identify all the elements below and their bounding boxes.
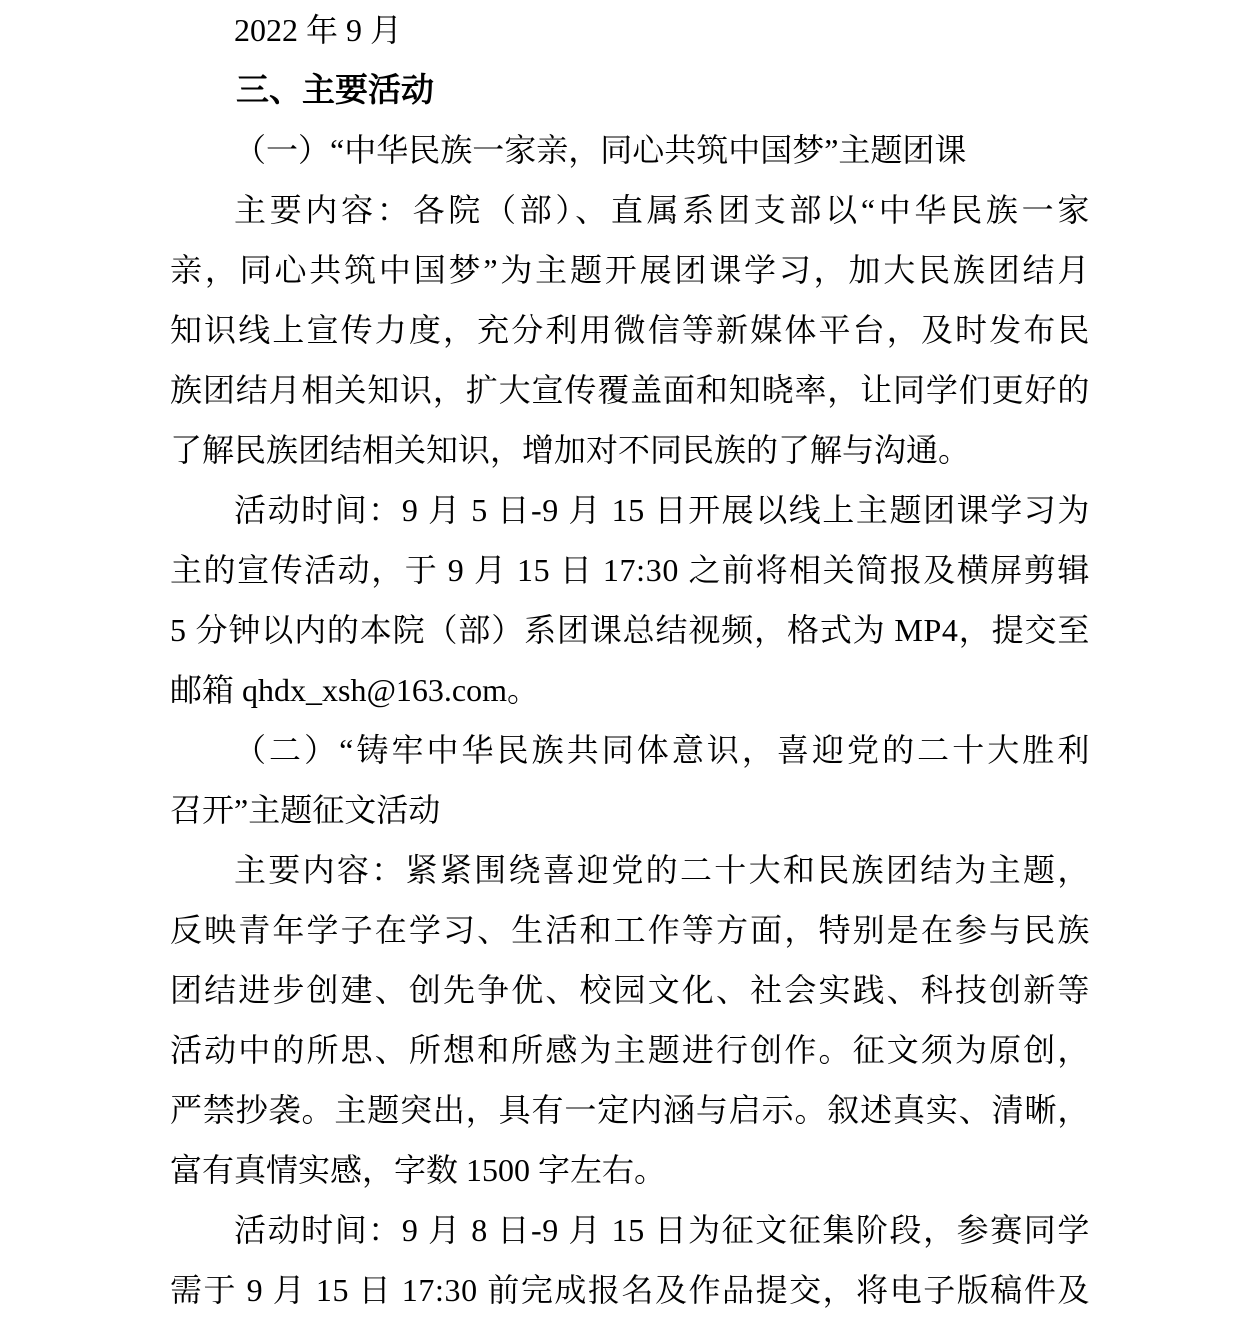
date-line: 2022 年 9 月: [170, 0, 1090, 60]
paragraph-line: 富有真情实感，字数 1500 字左右。: [170, 1140, 1090, 1200]
section-heading-line: 三、主要活动: [170, 60, 1090, 120]
activity-1-title: （一）“中华民族一家亲，同心共筑中国梦”主题团课: [170, 120, 1090, 180]
email-line: 邮箱 qhdx_xsh@163.com。: [170, 660, 1090, 720]
date-paragraph: 2022 年 9 月: [170, 0, 1090, 60]
paragraph-line: 5 分钟以内的本院（部）系团课总结视频，格式为 MP4，提交至: [170, 600, 1090, 660]
paragraph-line: 活动时间：9 月 8 日-9 月 15 日为征文征集阶段，参赛同学: [170, 1200, 1090, 1260]
paragraph-line: 反映青年学子在学习、生活和工作等方面，特别是在参与民族: [170, 900, 1090, 960]
paragraph-line: 主的宣传活动，于 9 月 15 日 17:30 之前将相关简报及横屏剪辑: [170, 540, 1090, 600]
paragraph-line: 需于 9 月 15 日 17:30 前完成报名及作品提交，将电子版稿件及: [170, 1260, 1090, 1320]
paragraph-line: 知识线上宣传力度，充分利用微信等新媒体平台，及时发布民: [170, 300, 1090, 360]
paragraph-line: 了解民族团结相关知识，增加对不同民族的了解与沟通。: [170, 420, 1090, 480]
paragraph-line: 团结进步创建、创先争优、校园文化、社会实践、科技创新等: [170, 960, 1090, 1020]
document-page: 2022 年 9 月 三、主要活动 （一）“中华民族一家亲，同心共筑中国梦”主题…: [0, 0, 1240, 1328]
activity-1-content: 主要内容：各院（部）、直属系团支部以“中华民族一家 亲，同心共筑中国梦”为主题开…: [170, 180, 1090, 480]
paragraph-line: 活动中的所思、所想和所感为主题进行创作。征文须为原创，: [170, 1020, 1090, 1080]
paragraph-line: 活动时间：9 月 5 日-9 月 15 日开展以线上主题团课学习为: [170, 480, 1090, 540]
paragraph-line: 主要内容：各院（部）、直属系团支部以“中华民族一家: [170, 180, 1090, 240]
activity-2-content: 主要内容：紧紧围绕喜迎党的二十大和民族团结为主题， 反映青年学子在学习、生活和工…: [170, 840, 1090, 1200]
activity-1-schedule: 活动时间：9 月 5 日-9 月 15 日开展以线上主题团课学习为 主的宣传活动…: [170, 480, 1090, 720]
section-heading: 三、主要活动: [170, 60, 1090, 120]
paragraph-line: 族团结月相关知识，扩大宣传覆盖面和知晓率，让同学们更好的: [170, 360, 1090, 420]
activity-1-title-line: （一）“中华民族一家亲，同心共筑中国梦”主题团课: [170, 120, 1090, 180]
paragraph-line: 严禁抄袭。主题突出，具有一定内涵与启示。叙述真实、清晰，: [170, 1080, 1090, 1140]
paragraph-line: 亲，同心共筑中国梦”为主题开展团课学习，加大民族团结月: [170, 240, 1090, 300]
activity-2-title-line: （二）“铸牢中华民族共同体意识，喜迎党的二十大胜利: [170, 720, 1090, 780]
paragraph-line: 主要内容：紧紧围绕喜迎党的二十大和民族团结为主题，: [170, 840, 1090, 900]
activity-2-schedule: 活动时间：9 月 8 日-9 月 15 日为征文征集阶段，参赛同学 需于 9 月…: [170, 1200, 1090, 1320]
activity-2-title-line: 召开”主题征文活动: [170, 780, 1090, 840]
activity-2-title: （二）“铸牢中华民族共同体意识，喜迎党的二十大胜利 召开”主题征文活动: [170, 720, 1090, 840]
